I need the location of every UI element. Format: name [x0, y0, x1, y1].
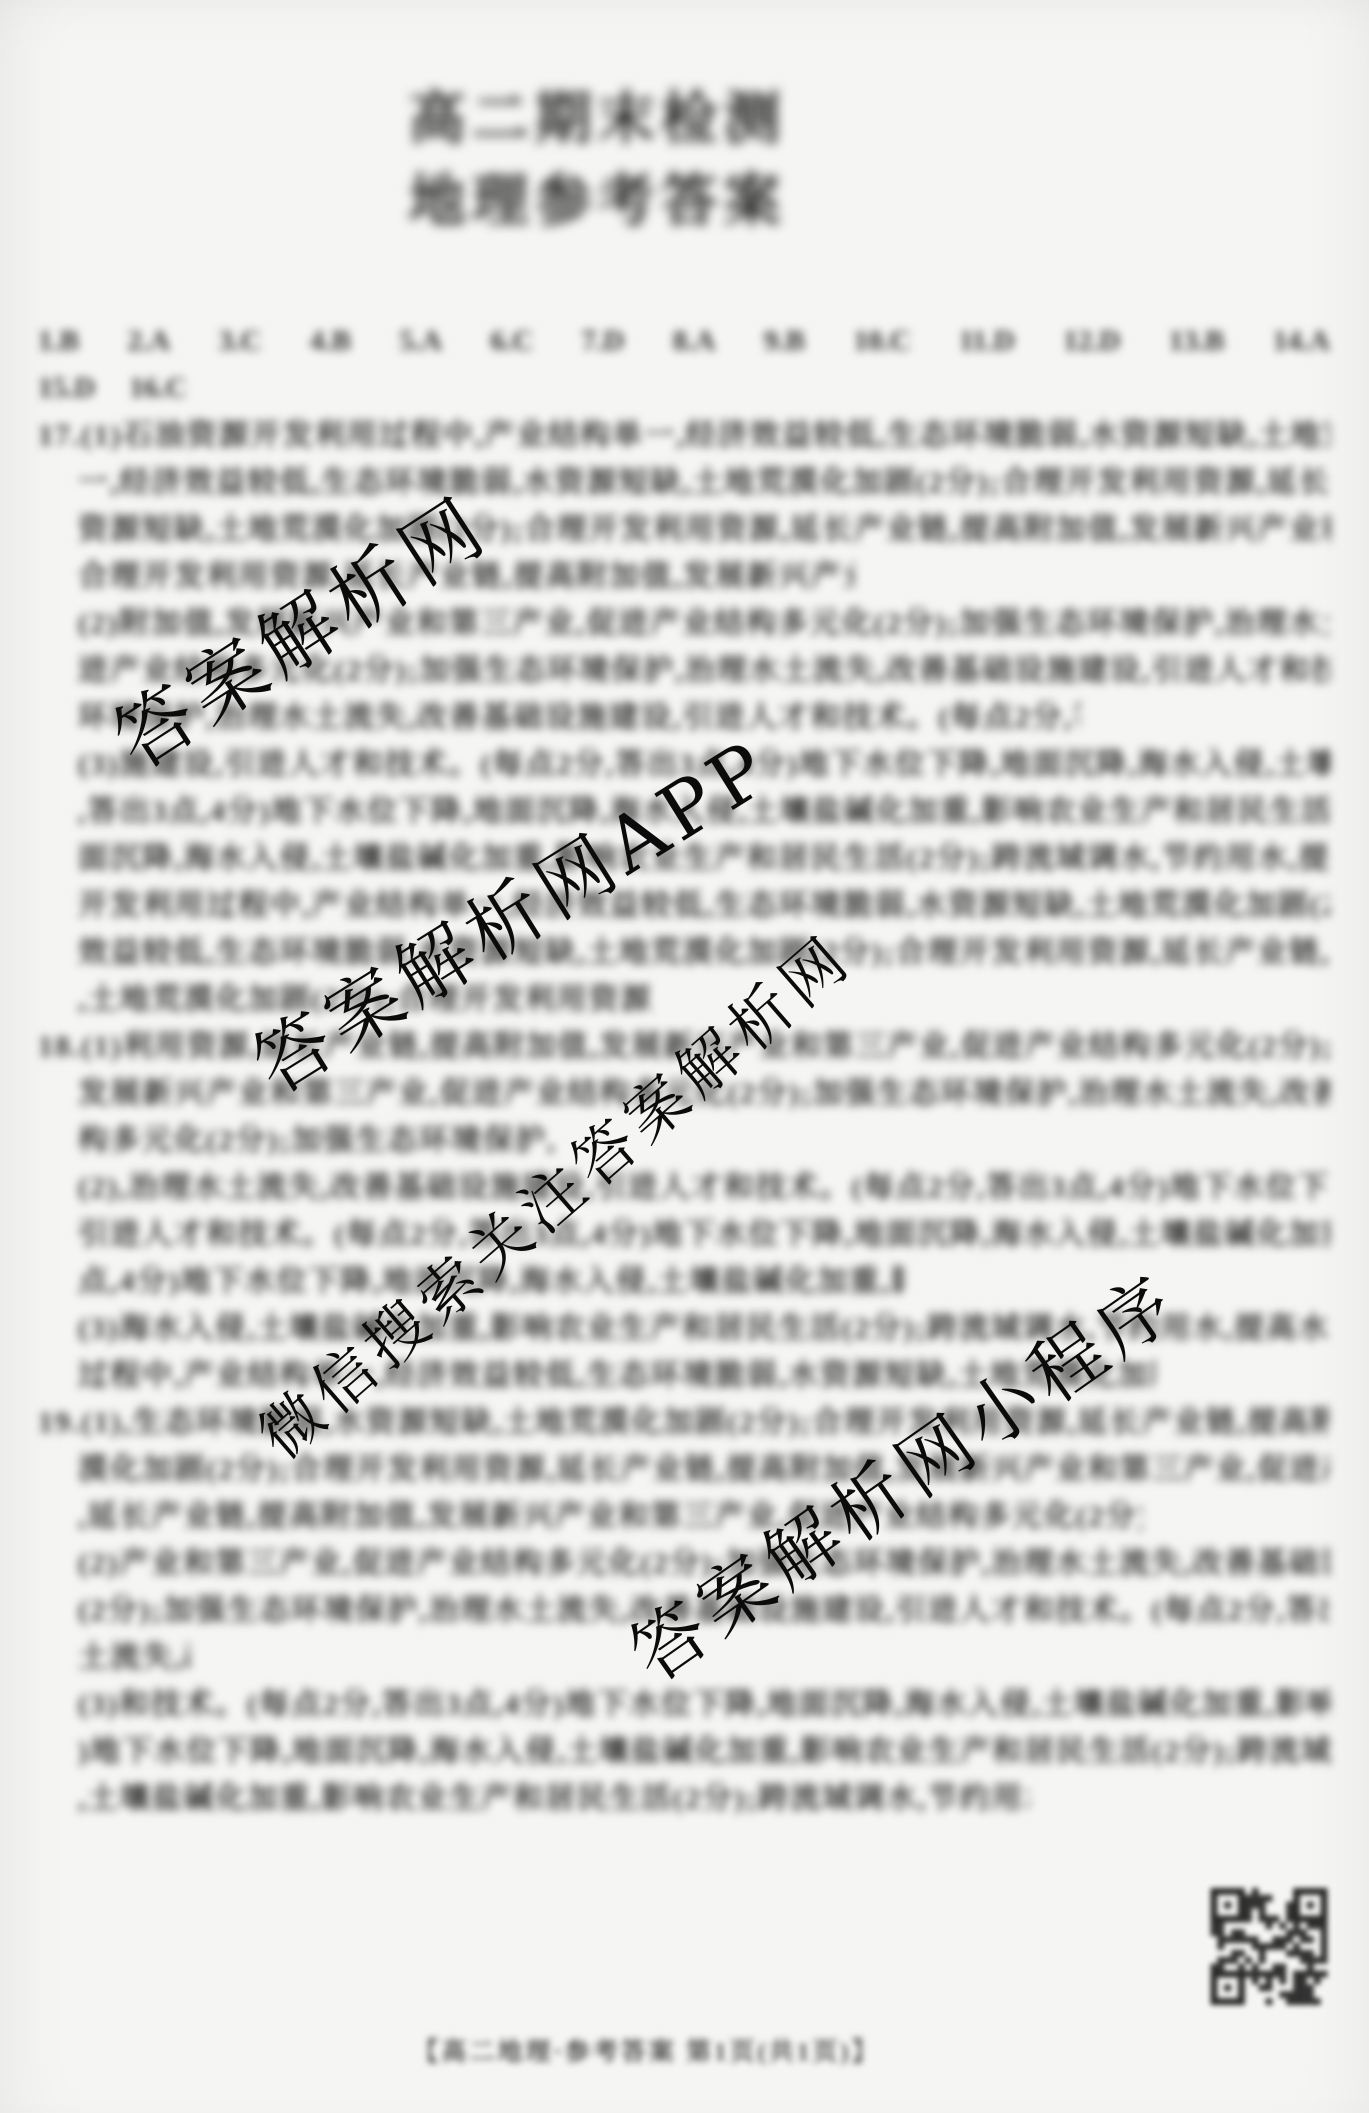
text-line: (2),治理水土流失,改善基础设施建设,引进人才和技术。(每点2分,答出3点,4…	[78, 1164, 1330, 1211]
text-line: (3)和技术。(每点2分,答出3点,4分)地下水位下降,地面沉降,海水入侵,土壤…	[78, 1681, 1330, 1728]
answer-item: 6.C	[490, 318, 533, 365]
page-title-line-1: 高二期末检测	[0, 86, 1282, 152]
answer-item: 1.B	[38, 318, 79, 365]
title-block: 高二期末检测 地理参考答案	[0, 86, 1282, 250]
page: 高二期末检测 地理参考答案 1.B2.A3.C4.B5.A6.C7.D8.A9.…	[0, 0, 1369, 2113]
choice-answers: 1.B2.A3.C4.B5.A6.C7.D8.A9.B10.C11.D12.D1…	[38, 318, 1330, 412]
page-title-line-2: 地理参考答案	[0, 168, 1282, 234]
answer-item: 2.A	[128, 318, 171, 365]
answer-item: 13.B	[1169, 318, 1225, 365]
answer-item: 9.B	[764, 318, 805, 365]
answer-item: 4.B	[310, 318, 351, 365]
text-line: 17.(1)石油资源开发利用过程中,产业结构单一,经济效益较低,生态环境脆弱,水…	[38, 412, 1330, 459]
choice-answers-row-1: 1.B2.A3.C4.B5.A6.C7.D8.A9.B10.C11.D12.D1…	[38, 318, 1330, 365]
answer-item: 11.D	[959, 318, 1015, 365]
text-line: 一,经济效益较低,生态环境脆弱,水资源短缺,土地荒漠化加剧(2分);合理开发利用…	[78, 459, 1330, 506]
text-line: 土流失,改善基础设施建设,引进人才和技术。(每点2分,答出3点,4分)地下水位下…	[78, 1634, 191, 1681]
body-paragraph: (3)和技术。(每点2分,答出3点,4分)地下水位下降,地面沉降,海水入侵,土壤…	[78, 1681, 1330, 1822]
choice-answers-row-2: 15.D16.C	[38, 365, 1330, 412]
text-line: 漠化加剧(2分);合理开发利用资源,延长产业链,提高附加值,发展新兴产业和第三产…	[78, 1446, 1330, 1493]
answer-item: 8.A	[673, 318, 716, 365]
text-line: 开发利用过程中,产业结构单一,经济效益较低,生态环境脆弱,水资源短缺,土地荒漠化…	[78, 882, 1330, 929]
answer-item: 16.C	[129, 372, 186, 404]
text-line: ,延长产业链,提高附加值,发展新兴产业和第三产业,促进产业结构多元化(2分);加…	[78, 1493, 1142, 1540]
text-line: ,土壤盐碱化加重,影响农业生产和居民生活(2分);跨流域调水,节约用水,提高水资…	[78, 1775, 1030, 1822]
text-line: 19.(1),生态环境脆弱,水资源短缺,土地荒漠化加剧(2分);合理开发利用资源…	[38, 1399, 1330, 1446]
answer-item: 14.A	[1273, 318, 1330, 365]
text-line: 资源短缺,土地荒漠化加剧(2分);合理开发利用资源,延长产业链,提高附加值,发展…	[78, 506, 1330, 553]
text-line: )地下水位下降,地面沉降,海水入侵,土壤盐碱化加重,影响农业生产和居民生活(2分…	[78, 1728, 1330, 1775]
answer-item: 12.D	[1063, 318, 1120, 365]
answer-item: 3.C	[219, 318, 262, 365]
footer-text: 【高二地理·参考答案 第1页(共1页)】	[0, 2032, 1331, 2068]
answer-item: 15.D	[38, 372, 95, 404]
answer-item: 10.C	[853, 318, 910, 365]
answer-item: 7.D	[582, 318, 625, 365]
body-paragraph: 17.(1)石油资源开发利用过程中,产业结构单一,经济效益较低,生态环境脆弱,水…	[78, 412, 1330, 600]
text-line: 效益较低,生态环境脆弱,水资源短缺,土地荒漠化加剧(2分);合理开发利用资源,延…	[78, 929, 1330, 976]
answer-item: 5.A	[399, 318, 442, 365]
text-line: 构多元化(2分);加强生态环境保护,治理水土流失,改善基础设施建设,引进人才和技…	[78, 1117, 554, 1164]
qr-code-image	[1208, 1888, 1330, 2005]
